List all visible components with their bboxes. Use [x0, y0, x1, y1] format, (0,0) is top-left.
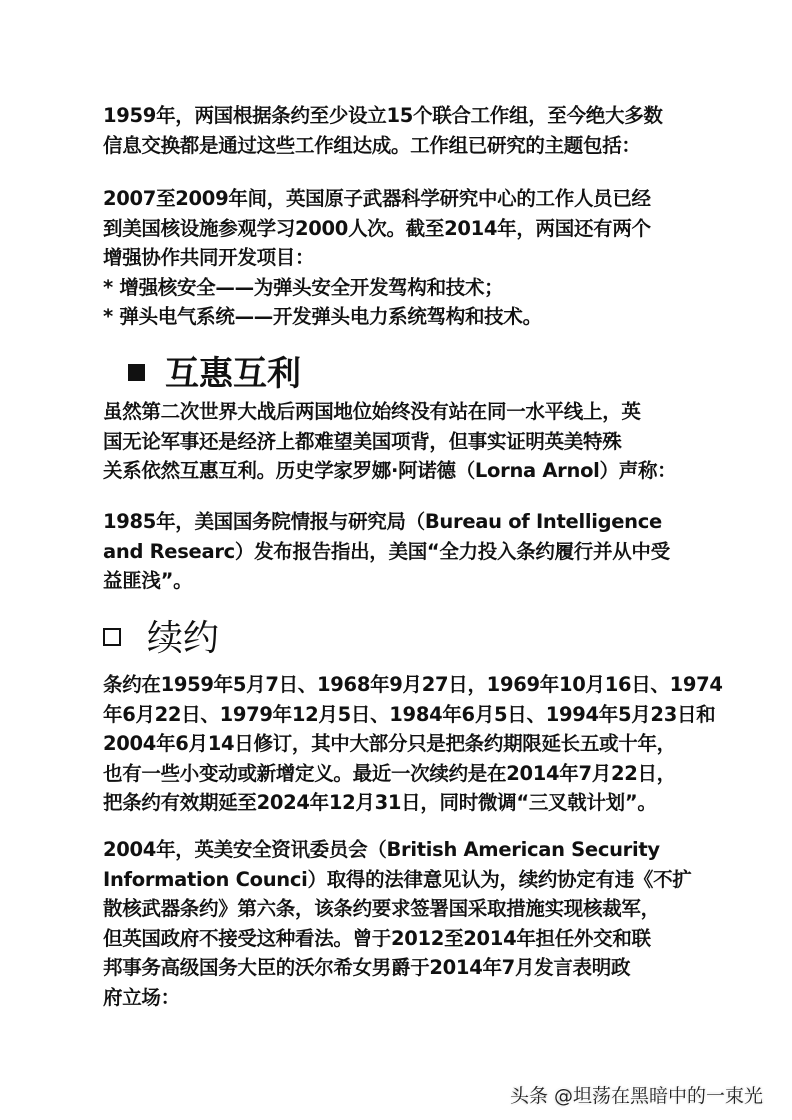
text-line: 国无论军事还是经济上都难望美国项背，但事实证明英美特殊 — [103, 427, 703, 457]
heading-text: 互惠互利 — [165, 354, 301, 394]
document-page: 1959年，两国根据条约至少设立15个联合工作组，至今绝大多数 信息交换都是通过… — [0, 0, 792, 1120]
text-line: 府立场： — [103, 983, 703, 1013]
text-line: 到美国核设施参观学习2000人次。截至2014年，两国还有两个 — [103, 214, 703, 244]
paragraph-awe-visits: 2007至2009年间，英国原子武器科学研究中心的工作人员已经 到美国核设施参观… — [103, 184, 703, 332]
text-line: 益匪浅”。 — [103, 566, 703, 596]
text-line: 1959年，两国根据条约至少设立15个联合工作组，至今绝大多数 — [103, 101, 703, 131]
text-line: 增强协作共同开发项目： — [103, 243, 703, 273]
paragraph-basic-opinion: 2004年，英美安全资讯委员会（British American Securit… — [103, 835, 703, 1012]
paragraph-amendments: 条约在1959年5月7日、1968年9月27日，1969年10月16日、1974… — [103, 670, 703, 818]
text-line: 虽然第二次世界大战后两国地位始终没有站在同一水平线上，英 — [103, 397, 703, 427]
filled-square-bullet-icon — [128, 364, 145, 381]
paragraph-1985-report: 1985年，美国国务院情报与研究局（Bureau of Intelligence… — [103, 507, 703, 596]
text-line: 2004年，英美安全资讯委员会（British American Securit… — [103, 835, 703, 865]
text-line: 信息交换都是通过这些工作组达成。工作组已研究的主题包括： — [103, 131, 703, 161]
watermark: 头条 @坦荡在黑暗中的一束光 — [510, 1081, 763, 1108]
text-line: 1985年，美国国务院情报与研究局（Bureau of Intelligence — [103, 507, 703, 537]
bullet-item: * 增强核安全——为弹头安全开发驾构和技术； — [103, 273, 703, 303]
heading-mutual-benefit: 互惠互利 — [128, 352, 301, 396]
bullet-item: * 弹头电气系统——开发弹头电力系统驾构和技术。 — [103, 302, 703, 332]
heading-text: 续约 — [147, 618, 219, 659]
text-line: 年6月22日、1979年12月5日、1984年6月5日、1994年5月23日和 — [103, 700, 703, 730]
text-line: 条约在1959年5月7日、1968年9月27日，1969年10月16日、1974 — [103, 670, 703, 700]
hollow-square-bullet-icon — [103, 628, 121, 646]
heading-renewal: 续约 — [103, 615, 219, 663]
text-line: 把条约有效期延至2024年12月31日，同时微调“三叉戟计划”。 — [103, 788, 703, 818]
text-line: 但英国政府不接受这种看法。曾于2012至2014年担任外交和联 — [103, 924, 703, 954]
text-line: 也有一些小变动或新增定义。最近一次续约是在2014年7月22日， — [103, 759, 703, 789]
text-line: 散核武器条约》第六条，该条约要求签署国采取措施实现核裁军， — [103, 894, 703, 924]
paragraph-working-groups: 1959年，两国根据条约至少设立15个联合工作组，至今绝大多数 信息交换都是通过… — [103, 101, 703, 160]
text-line: 邦事务高级国务大臣的沃尔希女男爵于2014年7月发言表明政 — [103, 953, 703, 983]
paragraph-relationship: 虽然第二次世界大战后两国地位始终没有站在同一水平线上，英 国无论军事还是经济上都… — [103, 397, 703, 486]
text-line: Information Counci）取得的法律意见认为，续约协定有违《不扩 — [103, 865, 703, 895]
text-line: 2007至2009年间，英国原子武器科学研究中心的工作人员已经 — [103, 184, 703, 214]
text-line: 2004年6月14日修订，其中大部分只是把条约期限延长五或十年， — [103, 729, 703, 759]
text-line: 关系依然互惠互利。历史学家罗娜·阿诺德（Lorna Arnol）声称： — [103, 456, 703, 486]
text-line: and Researc）发布报告指出，美国“全力投入条约履行并从中受 — [103, 537, 703, 567]
